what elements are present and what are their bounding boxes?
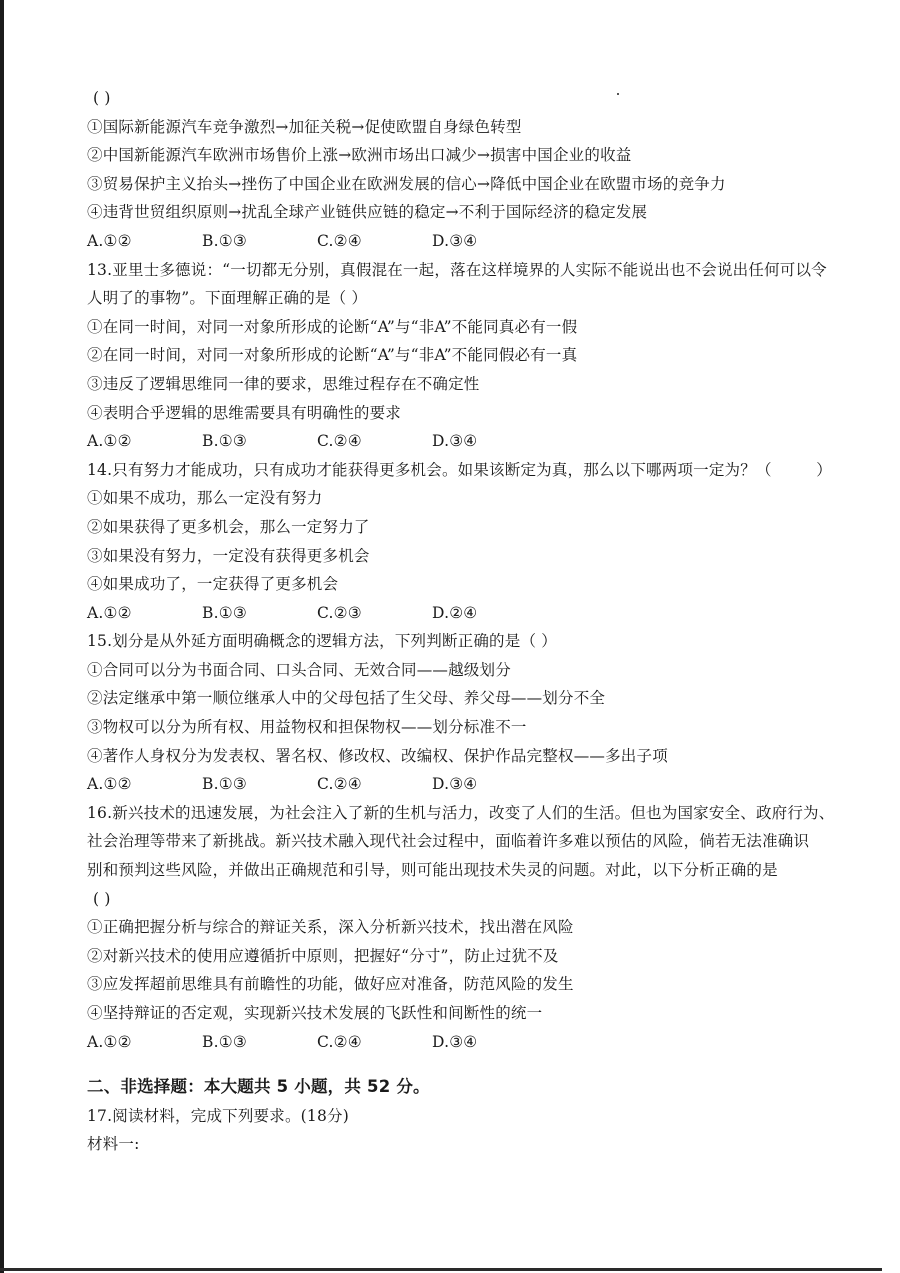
option-a: A.①② — [87, 599, 202, 628]
statement-2: ②在同一时间，对同一对象所形成的论断“A”与“非A”不能同假必有一真 — [87, 341, 832, 370]
option-b: B.①③ — [202, 427, 317, 456]
question-14: 14.只有努力才能成功，只有成功才能获得更多机会。如果该断定为真，那么以下哪两项… — [87, 456, 832, 628]
question-stem-line-1: 13.亚里士多德说：“一切都无分别，真假混在一起，落在这样境界的人实际不能说出也… — [87, 256, 832, 285]
option-b: B.①③ — [202, 1028, 317, 1057]
statement-1: ①在同一时间，对同一对象所形成的论断“A”与“非A”不能同真必有一假 — [87, 313, 832, 342]
section-heading: 二、非选择题：本大题共 5 小题，共 52 分。 — [87, 1073, 832, 1102]
section-non-choice: 二、非选择题：本大题共 5 小题，共 52 分。 17.阅读材料，完成下列要求。… — [87, 1073, 832, 1159]
statement-4: ④坚持辩证的否定观，实现新兴技术发展的飞跃性和间断性的统一 — [87, 999, 832, 1028]
option-c: C.②④ — [317, 770, 432, 799]
answer-options: A.①② B.①③ C.②④ D.③④ — [87, 427, 832, 456]
answer-paren: ( ) — [87, 885, 832, 914]
option-d: D.③④ — [432, 770, 547, 799]
option-d: D.③④ — [432, 1028, 547, 1057]
question-16: 16.新兴技术的迅速发展，为社会注入了新的生机与活力，改变了人们的生活。但也为国… — [87, 799, 832, 1056]
option-a: A.①② — [87, 227, 202, 256]
answer-paren: ( ) — [87, 84, 832, 113]
option-a: A.①② — [87, 1028, 202, 1057]
statement-2: ②中国新能源汽车欧洲市场售价上涨→欧洲市场出口减少→损害中国企业的收益 — [87, 141, 832, 170]
answer-options: A.①② B.①③ C.②④ D.③④ — [87, 1028, 832, 1057]
option-b: B.①③ — [202, 770, 317, 799]
statement-1: ①如果不成功，那么一定没有努力 — [87, 484, 832, 513]
question-stem-line-2: 人明了的事物”。下面理解正确的是（ ） — [87, 284, 832, 313]
question-15: 15.划分是从外延方面明确概念的逻辑方法，下列判断正确的是（ ） ①合同可以分为… — [87, 627, 832, 799]
statement-2: ②法定继承中第一顺位继承人中的父母包括了生父母、养父母——划分不全 — [87, 684, 832, 713]
question-13: 13.亚里士多德说：“一切都无分别，真假混在一起，落在这样境界的人实际不能说出也… — [87, 256, 832, 456]
option-b: B.①③ — [202, 227, 317, 256]
answer-paren-close: ） — [816, 456, 832, 485]
question-17-stem: 17.阅读材料，完成下列要求。(18分) — [87, 1102, 832, 1131]
statement-4: ④著作人身权分为发表权、署名权、修改权、改编权、保护作品完整权——多出子项 — [87, 742, 832, 771]
option-c: C.②④ — [317, 1028, 432, 1057]
statement-3: ③违反了逻辑思维同一律的要求，思维过程存在不确定性 — [87, 370, 832, 399]
statement-2: ②如果获得了更多机会，那么一定努力了 — [87, 513, 832, 542]
statement-3: ③物权可以分为所有权、用益物权和担保物权——划分标准不一 — [87, 713, 832, 742]
answer-options: A.①② B.①③ C.②③ D.②④ — [87, 599, 832, 628]
option-a: A.①② — [87, 770, 202, 799]
scan-left-border — [0, 0, 4, 1273]
statement-4: ④表明合乎逻辑的思维需要具有明确性的要求 — [87, 399, 832, 428]
statement-3: ③贸易保护主义抬头→挫伤了中国企业在欧洲发展的信心→降低中国企业在欧盟市场的竞争… — [87, 170, 832, 199]
statement-1: ①国际新能源汽车竞争激烈→加征关税→促使欧盟自身绿色转型 — [87, 113, 832, 142]
option-d: D.③④ — [432, 227, 547, 256]
option-a: A.①② — [87, 427, 202, 456]
answer-options: A.①② B.①③ C.②④ D.③④ — [87, 227, 832, 256]
question-stem: 14.只有努力才能成功，只有成功才能获得更多机会。如果该断定为真，那么以下哪两项… — [87, 456, 832, 485]
exam-page: ( ) ①国际新能源汽车竞争激烈→加征关税→促使欧盟自身绿色转型 ②中国新能源汽… — [0, 0, 900, 1273]
statement-2: ②对新兴技术的使用应遵循折中原则，把握好“分寸”，防止过犹不及 — [87, 942, 832, 971]
option-c: C.②④ — [317, 427, 432, 456]
section-spacer — [87, 1056, 832, 1073]
scan-bottom-border — [0, 1268, 882, 1271]
statement-3: ③应发挥超前思维具有前瞻性的功能，做好应对准备，防范风险的发生 — [87, 970, 832, 999]
option-b: B.①③ — [202, 599, 317, 628]
question-12-continuation: ( ) ①国际新能源汽车竞争激烈→加征关税→促使欧盟自身绿色转型 ②中国新能源汽… — [87, 84, 832, 256]
statement-1: ①正确把握分析与综合的辩证关系，深入分析新兴技术，找出潜在风险 — [87, 913, 832, 942]
option-d: D.③④ — [432, 427, 547, 456]
statement-3: ③如果没有努力，一定没有获得更多机会 — [87, 542, 832, 571]
option-c: C.②④ — [317, 227, 432, 256]
question-stem-line-3: 别和预判这些风险，并做出正确规范和引导，则可能出现技术失灵的问题。对此，以下分析… — [87, 856, 832, 885]
statement-4: ④如果成功了，一定获得了更多机会 — [87, 570, 832, 599]
exam-content: ( ) ①国际新能源汽车竞争激烈→加征关税→促使欧盟自身绿色转型 ②中国新能源汽… — [87, 84, 832, 1159]
statement-1: ①合同可以分为书面合同、口头合同、无效合同——越级划分 — [87, 656, 832, 685]
answer-options: A.①② B.①③ C.②④ D.③④ — [87, 770, 832, 799]
question-stem: 15.划分是从外延方面明确概念的逻辑方法，下列判断正确的是（ ） — [87, 627, 832, 656]
option-d: D.②④ — [432, 599, 547, 628]
option-c: C.②③ — [317, 599, 432, 628]
question-stem-line-1: 16.新兴技术的迅速发展，为社会注入了新的生机与活力，改变了人们的生活。但也为国… — [87, 799, 832, 828]
question-stem-line-2: 社会治理等带来了新挑战。新兴技术融入现代社会过程中，面临着许多难以预估的风险，倘… — [87, 827, 832, 856]
question-stem-text: 14.只有努力才能成功，只有成功才能获得更多机会。如果该断定为真，那么以下哪两项… — [87, 461, 772, 479]
statement-4: ④违背世贸组织原则→扰乱全球产业链供应链的稳定→不利于国际经济的稳定发展 — [87, 198, 832, 227]
material-label: 材料一: — [87, 1130, 832, 1159]
